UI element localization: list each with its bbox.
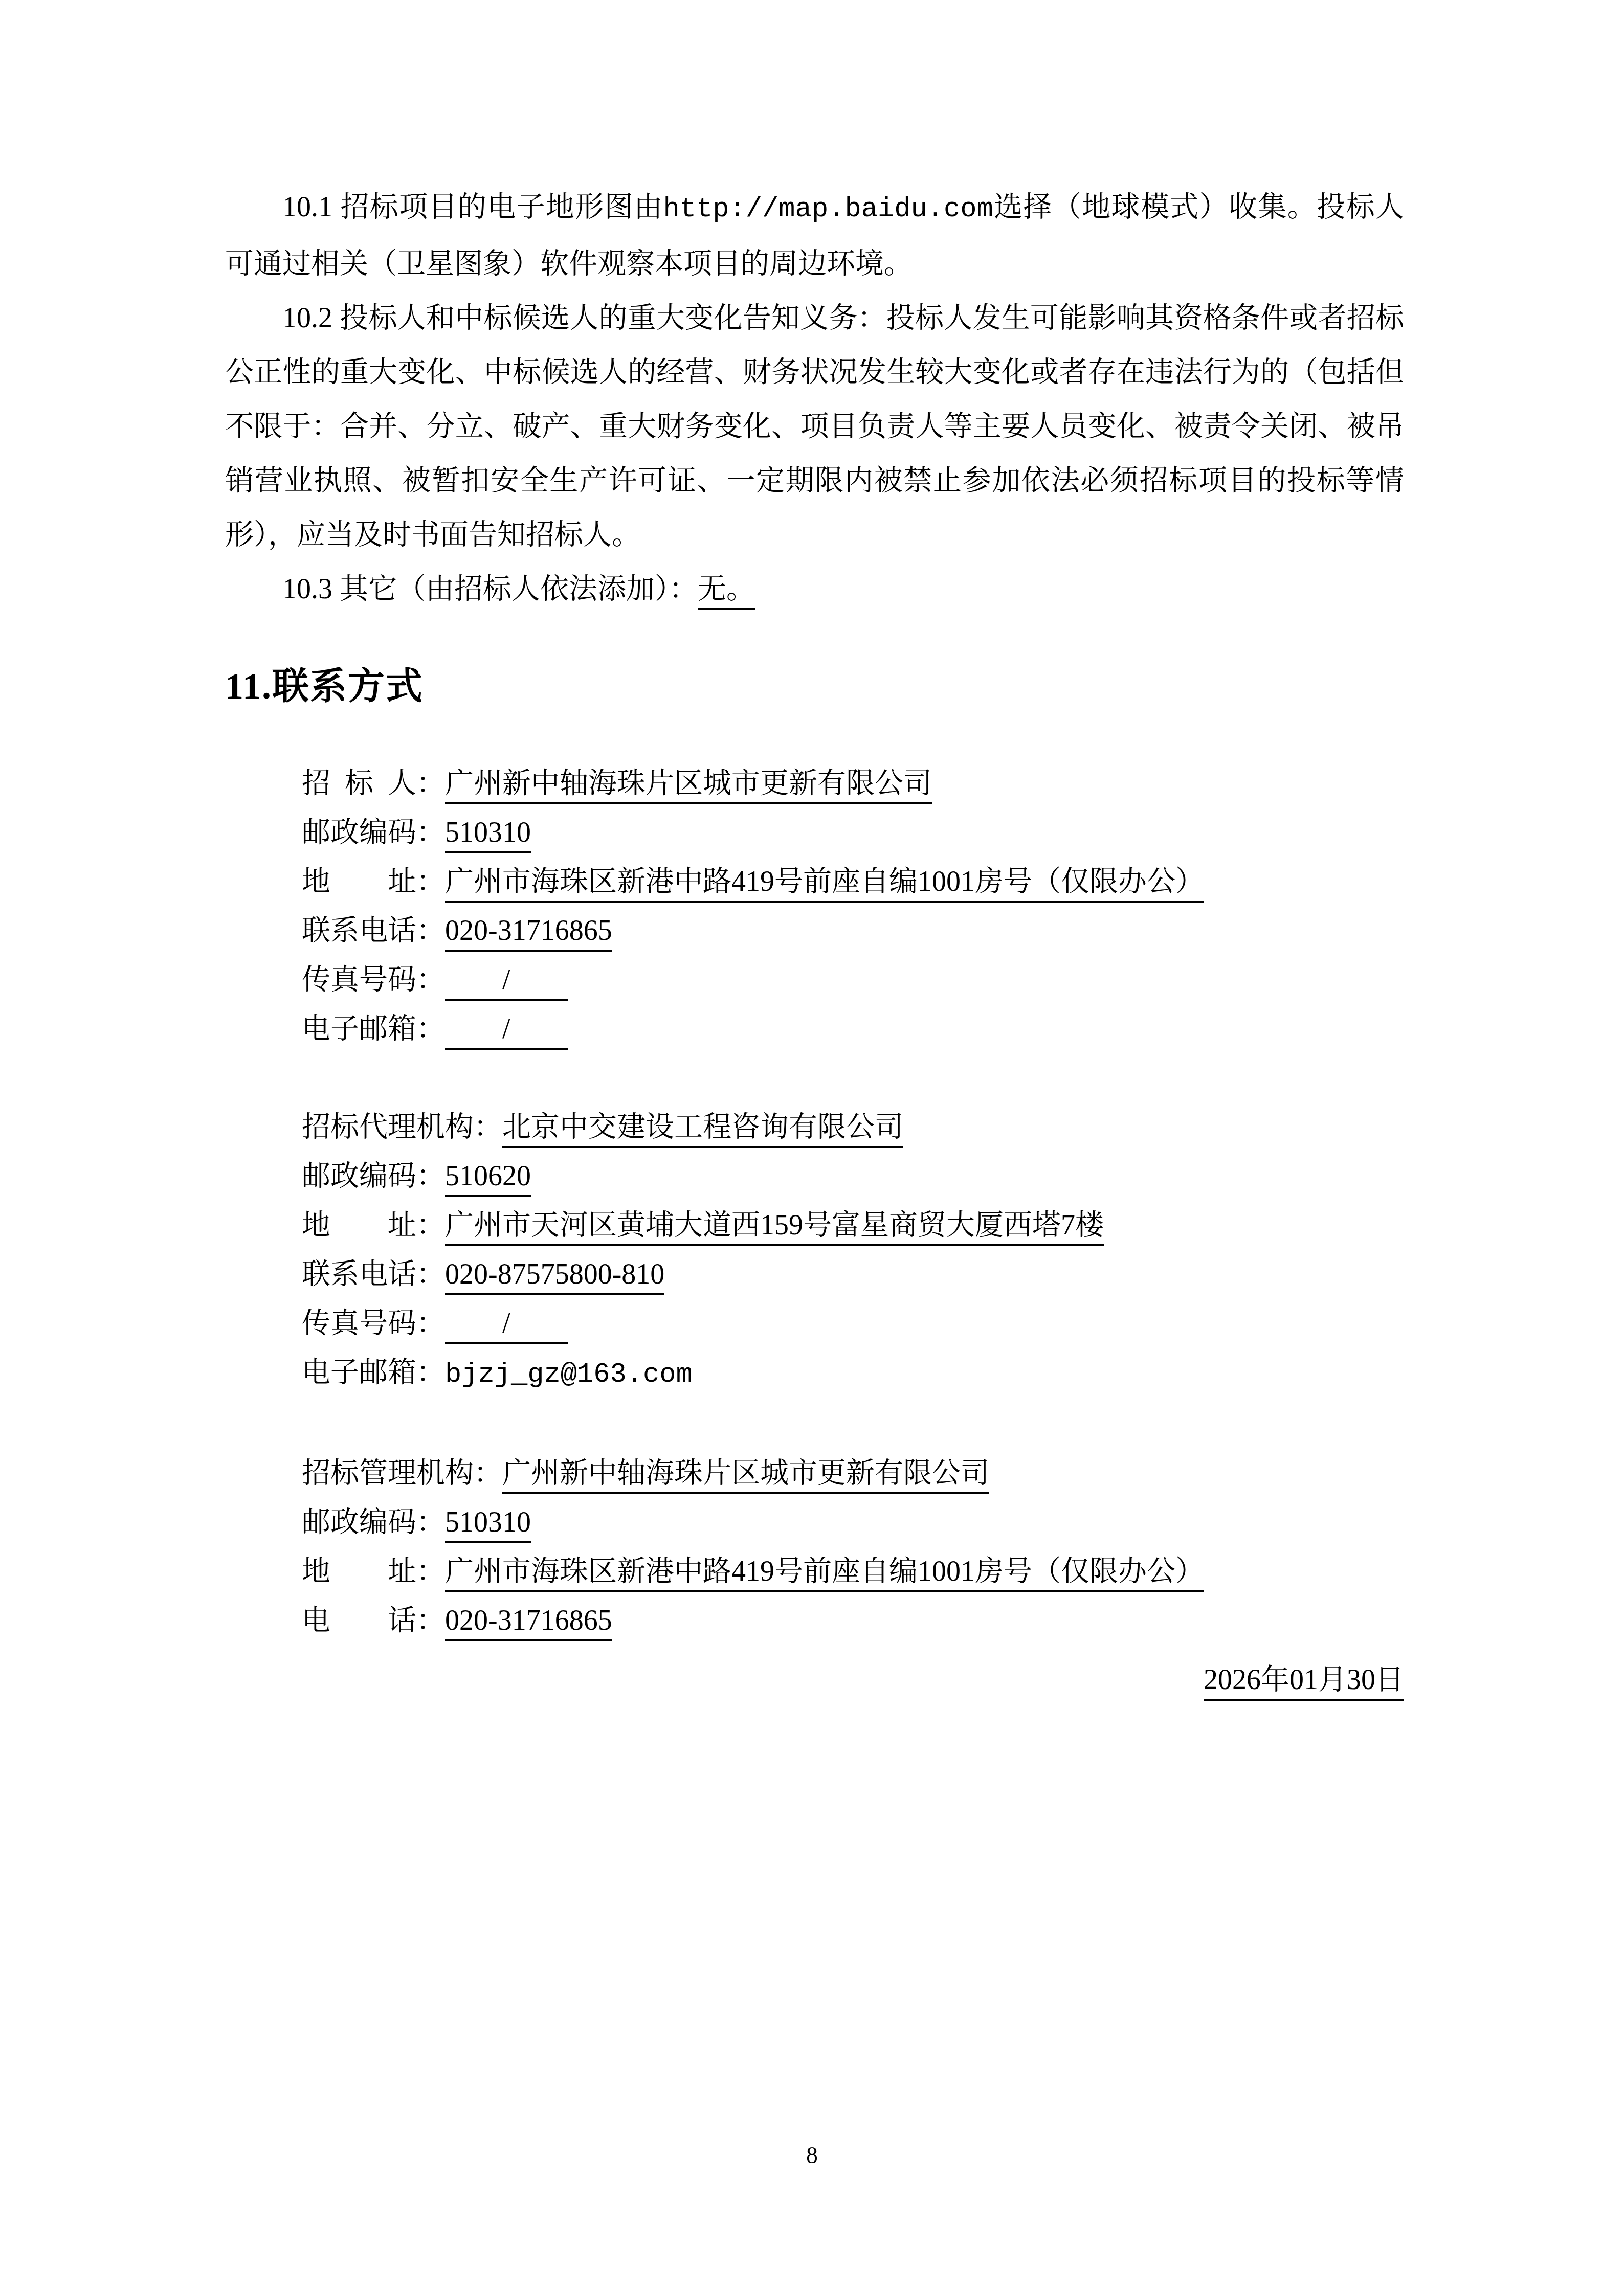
contact-row-colon: ： [474, 1102, 502, 1152]
contact-row-colon: ： [416, 1596, 445, 1645]
contact-row-label: 招标代理机构 [302, 1102, 474, 1152]
contact-row-colon: ： [416, 1004, 445, 1053]
contact-row-colon: ： [416, 1348, 445, 1397]
page-number: 8 [0, 2140, 1624, 2171]
contact-row-label: 邮政编码 [302, 1498, 416, 1547]
para-10-2: 10.2 投标人和中标候选人的重大变化告知义务：投标人发生可能影响其资格条件或者… [225, 291, 1404, 562]
contact-row-label: 电子邮箱 [302, 1004, 416, 1053]
contact-row: 电话：020-31716865 [302, 1596, 1404, 1645]
contact-row-value: 020-87575800-810 [445, 1258, 664, 1295]
contact-row-label: 传真号码 [302, 955, 416, 1004]
contact-row-label: 联系电话 [302, 906, 416, 955]
contact-row-label: 联系电话 [302, 1250, 416, 1299]
contact-row: 招标管理机构：广州新中轴海珠片区城市更新有限公司 [302, 1449, 1404, 1498]
contact-row-value: 510620 [445, 1160, 531, 1197]
date-line: 2026年01月30日 [225, 1655, 1404, 1704]
inline-url-text: http://map.baidu.com [663, 194, 993, 225]
para-10-1: 10.1 招标项目的电子地形图由http://map.baidu.com选择（地… [225, 180, 1404, 291]
contact-row-label: 邮政编码 [302, 1152, 416, 1201]
contact-row-colon: ： [416, 1547, 445, 1596]
contact-row: 地址：广州市海珠区新港中路419号前座自编1001房号（仅限办公） [302, 1547, 1404, 1596]
contact-row: 联系电话：020-87575800-810 [302, 1250, 1404, 1299]
contact-row-value: bjzj_gz@163.com [445, 1359, 693, 1390]
contact-row: 传真号码： / [302, 955, 1404, 1004]
contact-row-label: 地址 [302, 1547, 416, 1596]
contact-row-colon: ： [416, 1299, 445, 1348]
contact-row-value: 广州新中轴海珠片区城市更新有限公司 [445, 768, 932, 804]
contact-row-value: / [445, 1308, 568, 1344]
contact-row-colon: ： [416, 1498, 445, 1547]
contact-row-colon: ： [416, 1250, 445, 1299]
contact-row-label: 邮政编码 [302, 808, 416, 857]
page-content: 10.1 招标项目的电子地形图由http://map.baidu.com选择（地… [225, 180, 1404, 1704]
contact-row-value: 广州新中轴海珠片区城市更新有限公司 [502, 1457, 989, 1494]
contact-row: 电子邮箱： / [302, 1004, 1404, 1053]
contact-row-value: 广州市海珠区新港中路419号前座自编1001房号（仅限办公） [445, 1556, 1204, 1592]
contact-row: 邮政编码：510310 [302, 1498, 1404, 1547]
contact-block-admin: 招标管理机构：广州新中轴海珠片区城市更新有限公司邮政编码：510310地址：广州… [302, 1449, 1404, 1645]
contact-row: 传真号码： / [302, 1299, 1404, 1348]
contact-row: 招标代理机构：北京中交建设工程咨询有限公司 [302, 1102, 1404, 1152]
contact-row-value: 510310 [445, 1506, 531, 1543]
contact-row-value: 北京中交建设工程咨询有限公司 [502, 1111, 903, 1148]
contact-row-value: / [445, 964, 568, 1001]
contact-row: 招标人：广州新中轴海珠片区城市更新有限公司 [302, 759, 1404, 808]
contact-row-label: 传真号码 [302, 1299, 416, 1348]
contact-row: 地址：广州市天河区黄埔大道西159号富星商贸大厦西塔7楼 [302, 1201, 1404, 1250]
paragraph-text: 10.1 招标项目的电子地形图由 [282, 191, 663, 223]
inline-filled-value: 无。 [698, 573, 755, 610]
paragraph-text: 10.2 投标人和中标候选人的重大变化告知义务：投标人发生可能影响其资格条件或者… [225, 302, 1404, 551]
contact-row-colon: ： [416, 857, 445, 906]
paragraph-text: 10.3 其它（由招标人依法添加）： [282, 573, 698, 605]
contact-row-label: 电话 [302, 1596, 416, 1645]
contact-row: 电子邮箱：bjzj_gz@163.com [302, 1348, 1404, 1400]
document-page: 10.1 招标项目的电子地形图由http://map.baidu.com选择（地… [0, 0, 1624, 2296]
contact-row-label: 地址 [302, 1201, 416, 1250]
contact-block-agency: 招标代理机构：北京中交建设工程咨询有限公司邮政编码：510620地址：广州市天河… [302, 1102, 1404, 1400]
contact-block-tenderer: 招标人：广州新中轴海珠片区城市更新有限公司邮政编码：510310地址：广州市海珠… [302, 759, 1404, 1053]
contact-row-colon: ： [416, 808, 445, 857]
contact-row: 地址：广州市海珠区新港中路419号前座自编1001房号（仅限办公） [302, 857, 1404, 906]
contact-row-colon: ： [416, 906, 445, 955]
para-10-3: 10.3 其它（由招标人依法添加）：无。 [225, 562, 1404, 616]
contact-row-label: 地址 [302, 857, 416, 906]
contact-row-label: 招标管理机构 [302, 1449, 474, 1498]
contact-row-colon: ： [474, 1449, 502, 1498]
contact-section: 招标人：广州新中轴海珠片区城市更新有限公司邮政编码：510310地址：广州市海珠… [302, 759, 1404, 1645]
contact-row-value: 020-31716865 [445, 915, 612, 952]
section-heading-contact: 11.联系方式 [225, 665, 1404, 708]
contact-row: 联系电话：020-31716865 [302, 906, 1404, 955]
contact-row-value: 510310 [445, 817, 531, 853]
contact-row-value: 020-31716865 [445, 1605, 612, 1641]
contact-row-value: 广州市海珠区新港中路419号前座自编1001房号（仅限办公） [445, 866, 1204, 903]
contact-row-label: 电子邮箱 [302, 1348, 416, 1397]
contact-row-label: 招标人 [302, 759, 416, 808]
contact-row-colon: ： [416, 1201, 445, 1250]
contact-row-colon: ： [416, 1152, 445, 1201]
contact-row-colon: ： [416, 955, 445, 1004]
contact-row: 邮政编码：510310 [302, 808, 1404, 857]
contact-row-colon: ： [416, 759, 445, 808]
date-value: 2026年01月30日 [1204, 1664, 1404, 1701]
contact-row-value: 广州市天河区黄埔大道西159号富星商贸大厦西塔7楼 [445, 1209, 1104, 1246]
contact-row: 邮政编码：510620 [302, 1152, 1404, 1201]
contact-row-value: / [445, 1013, 568, 1050]
